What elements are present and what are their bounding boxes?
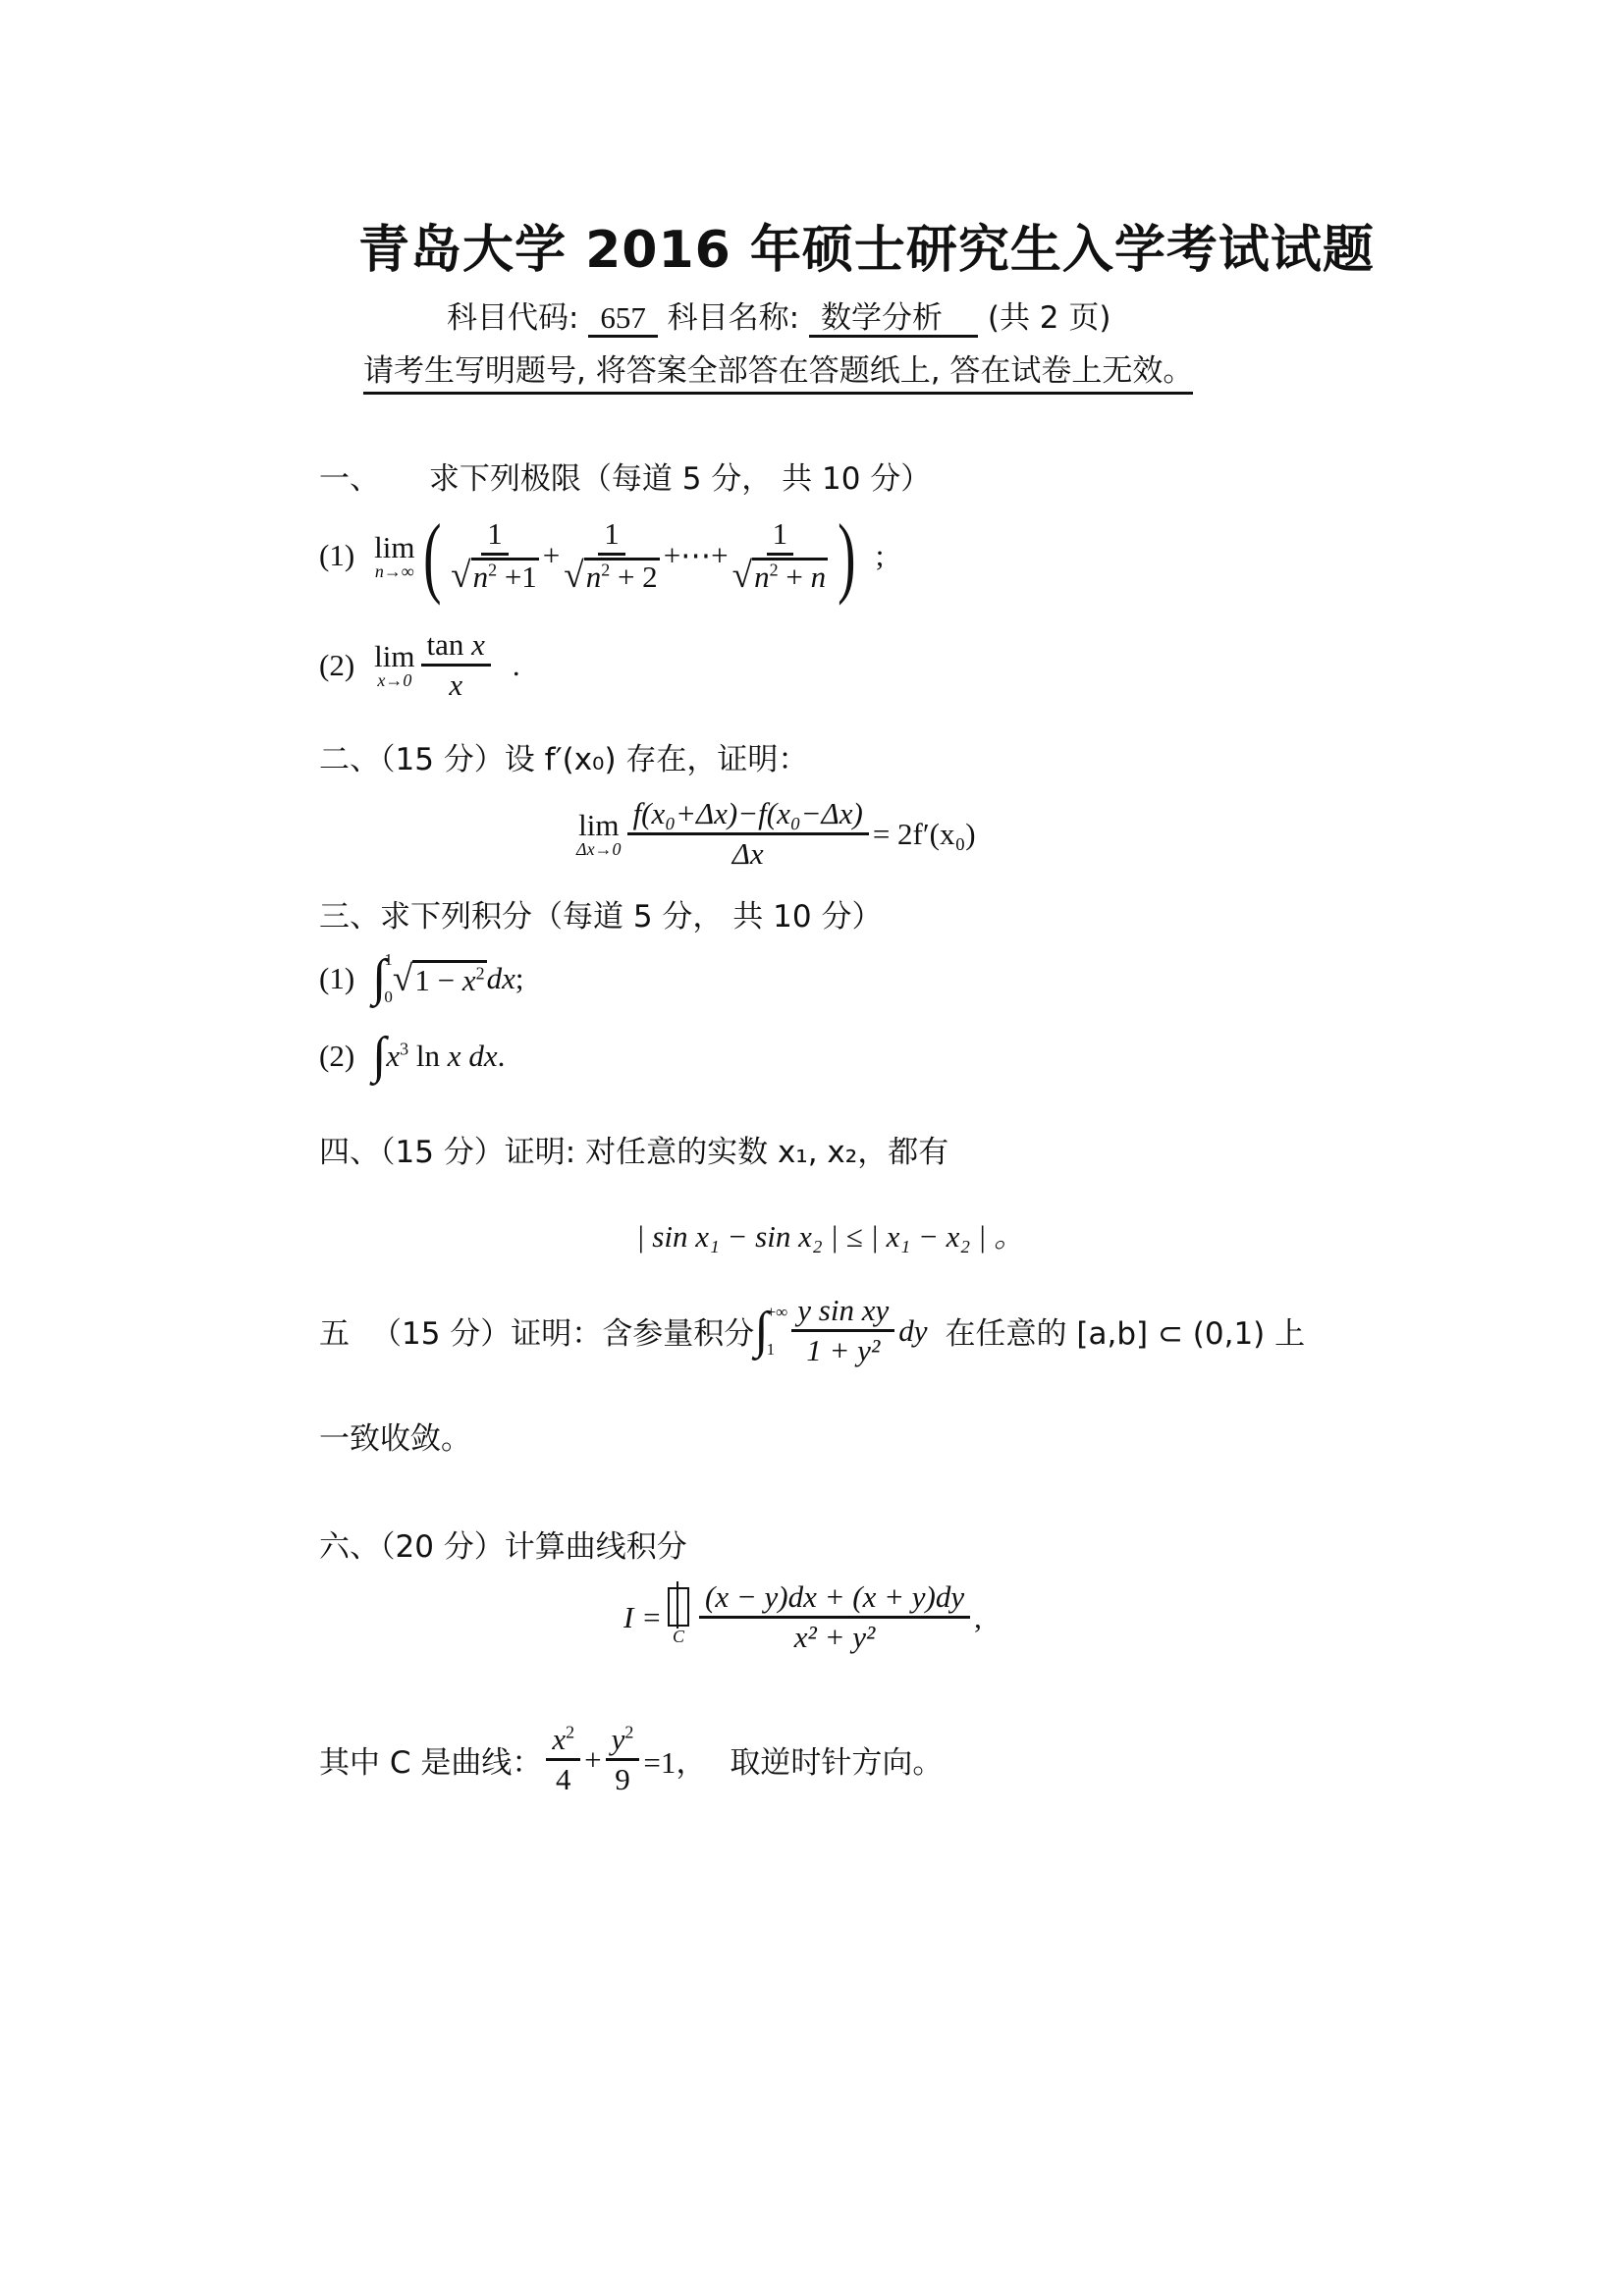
integrand-fraction: y sin xy1 + y² — [791, 1294, 894, 1367]
q3-part1-label: (1) — [319, 961, 354, 996]
right-paren: ) — [838, 510, 855, 601]
q3-part1: (1) ∫ 10 √1 − x2 dx; — [319, 950, 523, 1007]
q3-part2-label: (2) — [319, 1039, 354, 1074]
q1-part2-label: (2) — [319, 648, 354, 683]
limit-operator: limn→∞ — [374, 530, 414, 582]
q6-text: （20 分）计算曲线积分 — [380, 1529, 687, 1565]
q4-formula: | sin x₁ − sin x₂ | ≤ | x₁ − x₂ | 。 — [636, 1211, 1024, 1255]
ellipse-x-term: x24 — [546, 1723, 580, 1796]
exam-title: 青岛大学 2016 年硕士研究生入学考试试题 — [358, 208, 1375, 282]
subject-code: 657 — [588, 301, 658, 338]
left-paren: ( — [423, 510, 441, 601]
contour-integral: C — [668, 1587, 689, 1647]
integral-sign: ∫ — [372, 1031, 386, 1082]
q4-heading: 四、（15 分）证明: 对任意的实数 x₁, x₂，都有 — [319, 1127, 948, 1171]
q4-number: 四、 — [319, 1135, 380, 1170]
q2-text: （15 分）设 f′(x₀) 存在，证明： — [380, 742, 808, 777]
q1-part1: (1) limn→∞ ( 1√n2 +1 + 1√n2 + 2 +⋯+ 1√n2… — [319, 510, 884, 601]
q6-condition: 其中 C 是曲线： x24 + y29 =1， 取逆时针方向。 — [319, 1723, 943, 1796]
q3-heading: 三、求下列积分（每道 5 分， 共 10 分） — [319, 891, 882, 935]
term-n: 1√n2 + n — [732, 517, 828, 594]
q1-number: 一、 — [319, 461, 380, 497]
q5-after: 在任意的 [a,b] ⊂ (0,1) 上 — [946, 1308, 1306, 1353]
q1-part2: (2) limx→0 tan xx . — [319, 628, 520, 702]
q2-number: 二、 — [319, 742, 380, 777]
difference-quotient: f(x₀+Δx)−f(x₀−Δx)Δx — [627, 797, 869, 871]
exam-meta: 科目代码: 657 科目名称: 数学分析 (共 2 页) — [447, 293, 1110, 338]
term-1: 1√n2 +1 — [451, 517, 539, 594]
q1-heading: 一、 求下列极限（每道 5 分， 共 10 分） — [319, 454, 931, 498]
ellipse-y-term: y29 — [606, 1723, 640, 1796]
page-count: (共 2 页) — [988, 300, 1111, 336]
exam-notice: 请考生写明题号, 将答案全部答在答题纸上, 答在试卷上无效。 — [363, 346, 1193, 395]
subject-code-label: 科目代码: — [447, 300, 578, 336]
q5-text: （15 分）证明：含参量积分 — [371, 1308, 754, 1353]
q5-number: 五 — [319, 1308, 350, 1353]
subject-name-label: 科目名称: — [668, 300, 799, 336]
subject-name: 数学分析 — [809, 301, 978, 338]
line-integral-fraction: (x − y)dx + (x + y)dyx² + y² — [699, 1580, 970, 1654]
q3-number: 三、 — [319, 899, 380, 934]
q2-formula: limΔx→0 f(x₀+Δx)−f(x₀−Δx)Δx = 2f′(x₀) — [574, 797, 976, 871]
term-2: 1√n2 + 2 — [564, 517, 659, 594]
q1-text: 求下列极限（每道 5 分， 共 10 分） — [429, 461, 931, 497]
integral-limits: 10 — [384, 950, 393, 1007]
limit-operator: limΔx→0 — [576, 808, 622, 860]
q5-continuation: 一致收敛。 — [319, 1414, 471, 1458]
q6-heading: 六、（20 分）计算曲线积分 — [319, 1522, 687, 1566]
q6-number: 六、 — [319, 1529, 380, 1565]
limit-operator: limx→0 — [374, 639, 414, 691]
q4-text: （15 分）证明: 对任意的实数 x₁, x₂，都有 — [380, 1135, 948, 1170]
q1-part1-label: (1) — [319, 538, 354, 573]
q6-formula: I = C (x − y)dx + (x + y)dyx² + y² , — [623, 1580, 982, 1654]
contour-integral-icon — [668, 1587, 689, 1627]
q5-line: 五 （15 分）证明：含参量积分 ∫ +∞1 y sin xy1 + y² dy… — [319, 1294, 1305, 1367]
tanx-over-x: tan xx — [421, 628, 491, 702]
q2-heading: 二、（15 分）设 f′(x₀) 存在，证明： — [319, 734, 808, 778]
integral-limits: +∞1 — [767, 1303, 788, 1360]
sqrt-expression: √1 − x2 — [393, 960, 487, 998]
q3-part2: (2) ∫ x3 ln x dx. — [319, 1031, 505, 1082]
q3-text: 求下列积分（每道 5 分， 共 10 分） — [380, 899, 882, 934]
